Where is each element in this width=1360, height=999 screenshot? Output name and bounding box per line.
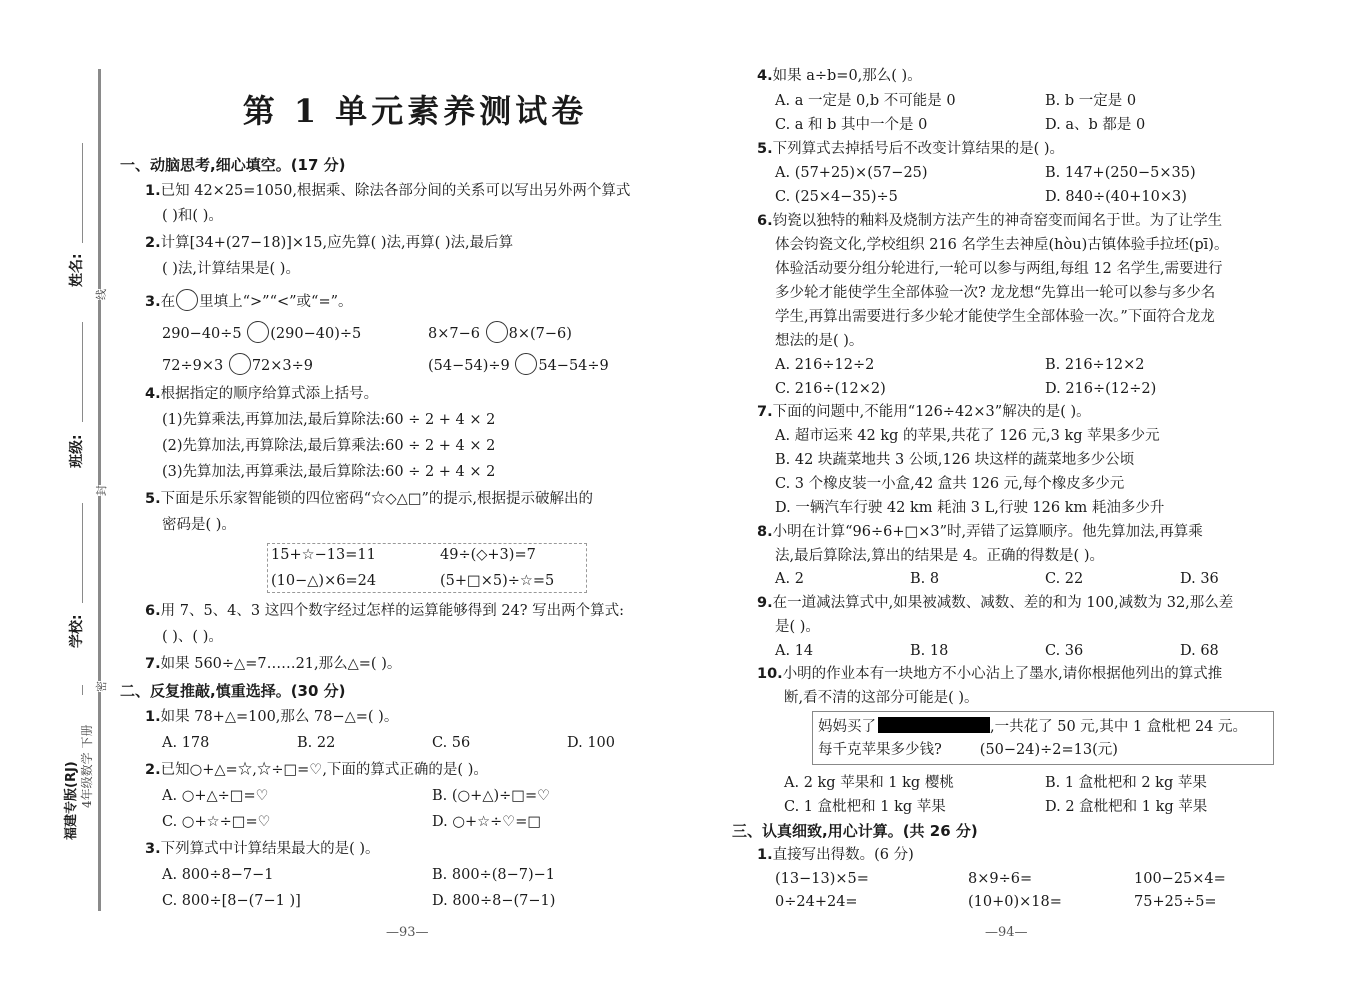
calc-item[interactable]: (10+0)×18= <box>968 892 1062 912</box>
s1-q4-prompt: 4.根据指定的顺序给算式添上括号。 <box>145 384 378 404</box>
s1-q7[interactable]: 7.如果 560÷△=7……21,那么△=( )。 <box>145 654 401 674</box>
option[interactable]: C. 1 盒枇杷和 1 kg 苹果 <box>784 797 946 817</box>
s1-q1-line1: 1.已知 42×25=1050,根据乘、除法各部分间的关系可以写出另外两个算式 <box>145 181 630 201</box>
compare-circle[interactable] <box>515 353 537 375</box>
s2-q9-line: 9.在一道减法算式中,如果被减数、减数、差的和为 100,减数为 32,那么差 <box>757 593 1233 613</box>
option[interactable]: A. 2 kg 苹果和 1 kg 樱桃 <box>784 773 954 793</box>
s1-q3-item: 290−40÷5 (290−40)÷5 <box>162 321 361 344</box>
s2-q6-line: 多少轮才能使学生全部体验一次? 龙龙想“先算出一轮可以参与多少名 <box>775 283 1215 303</box>
secret-mark: 密 <box>93 681 109 692</box>
section-3-heading: 三、认真细致,用心计算。(共 26 分) <box>732 820 978 841</box>
page-number-left: —93— <box>386 925 429 940</box>
s1-q3-item: 8×7−6 8×(7−6) <box>428 321 572 344</box>
s1-q6-line2[interactable]: ( )、( )。 <box>162 627 223 647</box>
option[interactable]: A. 2 <box>775 569 804 589</box>
s1-q5-line2[interactable]: 密码是( )。 <box>162 515 236 535</box>
option[interactable]: C. 216÷(12×2) <box>775 379 886 399</box>
calc-item[interactable]: (13−13)×5= <box>775 869 869 889</box>
s1-q4-item[interactable]: (3)先算加法,再算乘法,最后算除法:60 ÷ 2 + 4 × 2 <box>162 462 495 482</box>
clue: 15+☆−13=11 <box>271 545 376 565</box>
option[interactable]: C. 3 个橡皮装一小盒,42 盒共 126 元,每个橡皮多少元 <box>775 474 1124 494</box>
option[interactable]: D. a、b 都是 0 <box>1045 115 1145 135</box>
class-underline <box>82 322 83 422</box>
option[interactable]: B. (○+△)÷□=♡ <box>432 786 550 806</box>
school-label: 学校: <box>66 614 86 648</box>
option[interactable]: B. 216÷12×2 <box>1045 355 1145 375</box>
compare-circle[interactable] <box>229 353 251 375</box>
option[interactable]: B. 147+(250−5×35) <box>1045 163 1196 183</box>
calc-item[interactable]: 75+25÷5= <box>1134 892 1217 912</box>
s2-q1-stem: 1.如果 78+△=100,那么 78−△=( )。 <box>145 707 398 727</box>
option[interactable]: D. 216÷(12÷2) <box>1045 379 1156 399</box>
s2-q7-stem: 7.下面的问题中,不能用“126÷42×3”解决的是( )。 <box>757 402 1091 422</box>
s1-q6-line1: 6.用 7、5、4、3 这四个数字经过怎样的运算能够得到 24? 写出两个算式: <box>145 601 624 621</box>
clue: (5+□×5)÷☆=5 <box>440 571 554 591</box>
s2-q8-line: 8.小明在计算“96÷6+□×3”时,弄错了运算顺序。他先算加法,再算乘 <box>757 522 1203 542</box>
s2-q4-stem: 4.如果 a÷b=0,那么( )。 <box>757 66 922 86</box>
clue: (10−△)×6=24 <box>271 571 376 591</box>
option[interactable]: A. (57+25)×(57−25) <box>775 163 928 183</box>
s1-q4-item[interactable]: (1)先算乘法,再算加法,最后算除法:60 ÷ 2 + 4 × 2 <box>162 410 495 430</box>
option[interactable]: B. b 一定是 0 <box>1045 91 1136 111</box>
option[interactable]: B. 18 <box>910 641 948 661</box>
circle-icon <box>176 289 198 311</box>
calc-item[interactable]: 0÷24+24= <box>775 892 858 912</box>
option[interactable]: C. 22 <box>1045 569 1083 589</box>
option[interactable]: C. 36 <box>1045 641 1083 661</box>
box-line1: 妈妈买了,一共花了 50 元,其中 1 盒枇杷 24 元。 <box>818 717 1247 737</box>
s1-q4-item[interactable]: (2)先算加法,再算除法,最后算乘法:60 ÷ 2 + 4 × 2 <box>162 436 495 456</box>
section-2-heading: 二、反复推敲,慎重选择。(30 分) <box>120 680 346 701</box>
s2-q9-line[interactable]: 是( )。 <box>775 617 820 637</box>
class-label: 班级: <box>66 434 86 468</box>
option[interactable]: C. (25×4−35)÷5 <box>775 187 898 207</box>
compare-circle[interactable] <box>486 321 508 343</box>
s2-q6-line: 6.钧瓷以独特的釉料及烧制方法产生的神奇窑变而闻名于世。为了让学生 <box>757 211 1222 231</box>
option[interactable]: D. 一辆汽车行驶 42 km 耗油 3 L,行驶 126 km 耗油多少升 <box>775 498 1164 518</box>
line-mark: 线 <box>93 289 109 300</box>
grade-label: 4年级数学 下册 <box>78 725 95 808</box>
s1-q3-prompt: 3.在里填上“>”“<”或“=”。 <box>145 289 353 312</box>
page-title: 第 1 单元素养测试卷 <box>120 86 710 132</box>
s2-q6-line: 学生,再算出需要进行多少轮才能使学生全部体验一次。”下面符合龙龙 <box>775 307 1215 327</box>
option[interactable]: C. 56 <box>432 733 470 753</box>
seal-mark: 封 <box>93 485 109 496</box>
s2-q5-stem: 5.下列算式去掉括号后不改变计算结果的是( )。 <box>757 139 1064 159</box>
margin-rule <box>82 685 83 695</box>
option[interactable]: D. 800÷8−(7−1) <box>432 891 555 911</box>
s1-q5-line1: 5.下面是乐乐家智能锁的四位密码“☆◇△□”的提示,根据提示破解出的 <box>145 489 593 509</box>
box-line2: 每千克苹果多少钱?(50−24)÷2=13(元) <box>818 740 1118 760</box>
option[interactable]: D. ○+☆÷♡=□ <box>432 812 541 832</box>
s2-q10-line[interactable]: 断,看不清的这部分可能是( )。 <box>784 688 979 708</box>
section-1-heading: 一、动脑思考,细心填空。(17 分) <box>120 154 346 175</box>
compare-circle[interactable] <box>247 321 269 343</box>
s2-q6-line[interactable]: 想法的是( )。 <box>775 331 863 351</box>
option[interactable]: A. 178 <box>162 733 209 753</box>
name-underline <box>82 143 83 243</box>
calc-item[interactable]: 100−25×4= <box>1134 869 1226 889</box>
s2-q6-line: 体会钧瓷文化,学校组织 216 名学生去神垕(hòu)古镇体验手拉坯(pī)。 <box>775 235 1228 255</box>
option[interactable]: D. 68 <box>1180 641 1219 661</box>
option[interactable]: D. 100 <box>567 733 615 753</box>
option[interactable]: A. 14 <box>775 641 813 661</box>
option[interactable]: B. 8 <box>910 569 939 589</box>
option[interactable]: A. 216÷12÷2 <box>775 355 874 375</box>
option[interactable]: B. 1 盒枇杷和 2 kg 苹果 <box>1045 773 1207 793</box>
option[interactable]: C. ○+☆÷□=♡ <box>162 812 271 832</box>
page-number-right: —94— <box>985 925 1028 940</box>
s1-q3-item: (54−54)÷9 54−54÷9 <box>428 353 609 376</box>
s1-q3-item: 72÷9×3 72×3÷9 <box>162 353 313 376</box>
ink-blot <box>878 717 990 733</box>
calc-item[interactable]: 8×9÷6= <box>968 869 1032 889</box>
s2-q8-line[interactable]: 法,最后算除法,算出的结果是 4。正确的得数是( )。 <box>775 546 1104 566</box>
option[interactable]: A. 800÷8−7−1 <box>162 865 274 885</box>
option[interactable]: A. 超市运来 42 kg 的苹果,共花了 126 元,3 kg 苹果多少元 <box>775 426 1160 446</box>
option[interactable]: B. 800÷(8−7)−1 <box>432 865 555 885</box>
s2-q6-line: 体验活动要分组分轮进行,一轮可以参与两组,每组 12 名学生,需要进行 <box>775 259 1223 279</box>
option[interactable]: B. 42 块蔬菜地共 3 公顷,126 块这样的蔬菜地多少公顷 <box>775 450 1134 470</box>
option[interactable]: B. 22 <box>297 733 335 753</box>
option[interactable]: D. 840÷(40+10×3) <box>1045 187 1187 207</box>
option[interactable]: C. 800÷[8−(7−1 )] <box>162 891 301 911</box>
s1-q2-line2[interactable]: ( )法,计算结果是( )。 <box>162 259 300 279</box>
s3-q1-stem: 1.直接写出得数。(6 分) <box>757 845 914 865</box>
school-underline <box>82 503 83 603</box>
option[interactable]: C. a 和 b 其中一个是 0 <box>775 115 927 135</box>
option[interactable]: D. 2 盒枇杷和 1 kg 苹果 <box>1045 797 1207 817</box>
option[interactable]: A. a 一定是 0,b 不可能是 0 <box>775 91 956 111</box>
s1-q1-line2[interactable]: ( )和( )。 <box>162 206 223 226</box>
s2-q3-stem: 3.下列算式中计算结果最大的是( )。 <box>145 839 380 859</box>
s2-q2-stem: 2.已知○+△=☆,☆÷□=♡,下面的算式正确的是( )。 <box>145 760 488 780</box>
name-label: 姓名: <box>66 253 86 287</box>
option[interactable]: D. 36 <box>1180 569 1219 589</box>
edition-label: 福建专版(RJ) <box>60 761 79 840</box>
clue: 49÷(◇+3)=7 <box>440 545 536 565</box>
s1-q2-line1: 2.计算[34+(27−18)]×15,应先算( )法,再算( )法,最后算 <box>145 233 513 253</box>
s2-q10-line: 10.小明的作业本有一块地方不小心沾上了墨水,请你根据他列出的算式推 <box>757 664 1222 684</box>
option[interactable]: A. ○+△÷□=♡ <box>162 786 269 806</box>
